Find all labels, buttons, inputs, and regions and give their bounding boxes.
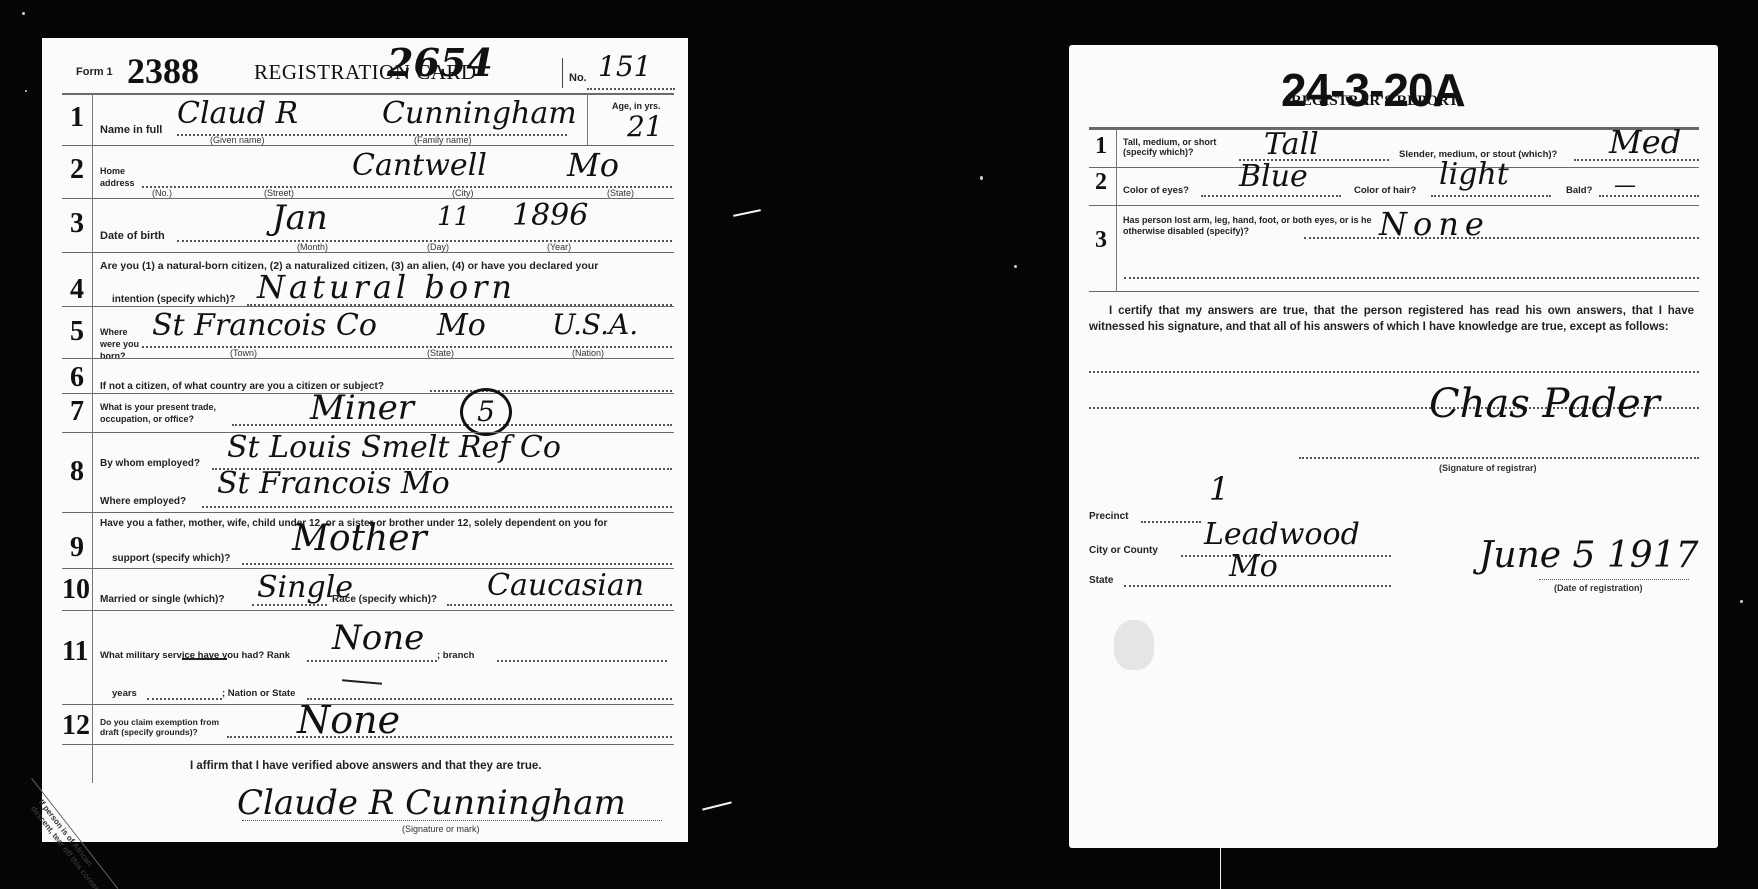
field-line [177,240,672,242]
no-value: 151 [598,50,651,83]
sublabel: (Year) [547,242,571,252]
film-speck [25,90,27,92]
birth-day: 11 [437,202,470,232]
build-value: Med [1609,123,1681,161]
dash-mark [182,658,227,660]
occupation-value: Miner [310,388,414,428]
affirmation-text: I affirm that I have verified above answ… [190,760,542,772]
field-number: 4 [70,274,84,306]
bald-value: — [1614,173,1636,198]
field-label-2: Color of hair? [1354,185,1416,197]
field-number: 2 [70,154,84,186]
field-number: 1 [1095,133,1107,160]
sublabel: (Day) [427,242,449,252]
dependent-value: Mother [292,518,427,559]
employment-place: St Francois Mo [217,466,450,501]
field-line [232,424,672,426]
row-rule [1089,167,1699,168]
field-label: What military service have you had? Rank [100,650,290,662]
sublabel: (Nation) [572,348,604,358]
film-speck [22,12,25,15]
no-line [587,88,675,90]
birthplace-state: Mo [437,308,486,343]
field-line [142,186,672,188]
row-rule [1089,291,1699,292]
nation-label: ; Nation or State [222,688,295,700]
field-number: 9 [70,532,84,564]
field-number: 10 [62,574,90,606]
field-line [242,563,672,565]
field-line [147,698,222,700]
name-given: Claud R [177,96,298,131]
birthplace-town: St Francois Co [152,308,377,343]
name-family: Cunningham [382,96,577,131]
city-label: City or County [1089,545,1158,557]
precinct-label: Precinct [1089,511,1128,523]
field-label: Date of birth [100,230,165,242]
sublabel: (Family name) [414,135,472,145]
field-label: Where were you born? [100,326,150,362]
film-speck [980,176,983,180]
row-rule [62,252,674,253]
field-number: 7 [70,396,84,428]
address-state: Mo [567,146,619,184]
date-line [1539,579,1689,580]
stamp-number: 2654 [387,40,493,85]
number-column-line [1116,130,1117,292]
field-label: What is your present trade, occupation, … [100,401,225,425]
field-number: 3 [70,208,84,240]
faded-stamp [1114,620,1154,670]
field-number: 2 [1095,169,1107,196]
top-rule [1089,127,1699,130]
field-label-2: support (specify which)? [112,553,230,565]
field-label: Do you claim exemption from draft (speci… [100,717,220,737]
field-number: 6 [70,362,84,394]
field-line [1124,585,1391,587]
field-label: Tall, medium, or short (specify which)? [1123,137,1228,157]
registrar-signature: Chas Pader [1429,381,1660,427]
dash-mark [342,679,382,684]
registrar-caption: (Signature of registrar) [1439,463,1537,473]
row-rule [62,512,674,513]
birth-month: Jan [272,198,328,238]
field-number: 11 [62,636,88,668]
age-value: 21 [627,110,663,143]
sublabel: (City) [452,188,474,198]
state-label: State [1089,575,1113,587]
corner-note: If person is of African descent, tear of… [28,798,111,889]
form-label: Form 1 [76,66,113,78]
field-line [447,604,672,606]
sublabel: (Street) [264,188,294,198]
no-divider [562,58,563,88]
field-label: Married or single (which)? [100,594,224,606]
field-line [1124,277,1699,279]
field-label-2: Race (specify which)? [332,594,437,606]
state-value: Mo [1229,549,1278,584]
military-rank-value: None [332,618,424,658]
address-city: Cantwell [352,148,487,183]
field-label-3: Bald? [1566,185,1592,197]
eye-color-value: Blue [1239,159,1308,194]
field-label: By whom employed? [100,458,200,470]
field-number: 1 [70,102,84,134]
certification-text: I certify that my answers are true, that… [1089,303,1694,335]
field-number: 8 [70,456,84,488]
birthplace-nation: U.S.A. [552,308,638,341]
field-label: Name in full [100,124,162,136]
sublabel: (State) [427,348,454,358]
row-rule [62,744,674,745]
registrant-signature: Claude R Cunningham [237,783,626,823]
film-scratch [1220,848,1221,889]
field-label-2: intention (specify which)? [112,294,235,306]
film-speck [1014,265,1017,268]
row-rule [62,358,674,359]
signature-line [242,820,662,821]
date-caption: (Date of registration) [1554,583,1643,593]
row-rule [62,610,674,611]
field-line [497,660,667,662]
employer-value: St Louis Smelt Ref Co [227,430,561,465]
no-label: No. [569,72,587,84]
circled-mark: 5 [460,388,512,436]
field-label: Home address [100,165,140,189]
branch-label: ; branch [437,650,474,662]
field-line [202,506,672,508]
registration-card: Form 1 2388 REGISTRATION CARD 2654 No. 1… [42,38,688,842]
sublabel: (Town) [230,348,257,358]
field-line [430,390,672,392]
field-line [1431,195,1551,197]
field-line [1304,237,1699,239]
field-line [1201,195,1341,197]
birth-year: 1896 [512,198,588,233]
field-label: Has person lost arm, leg, hand, foot, or… [1123,215,1373,237]
hair-color-value: light [1439,157,1509,192]
tear-off-line [31,778,118,889]
field-label: Color of eyes? [1123,185,1189,197]
exemption-value: None [297,698,400,742]
film-speck [1740,600,1743,603]
field-label-2: Where employed? [100,496,186,508]
report-title: REGISTRAR'S REPORT [1291,93,1458,110]
sublabel: (Given name) [210,135,265,145]
precinct-value: 1 [1209,470,1229,508]
film-scratch [733,209,761,217]
height-value: Tall [1264,127,1319,162]
field-number: 12 [62,710,90,742]
signature-line [1299,457,1699,459]
top-rule [62,93,674,95]
field-number: 5 [70,316,84,348]
city-value: Leadwood [1204,517,1360,552]
sublabel: (State) [607,188,634,198]
race-value: Caucasian [487,568,644,603]
row-rule [62,306,674,307]
exception-line [1089,371,1699,373]
registrars-report-card: 24-3-20A REGISTRAR'S REPORT 1 Tall, medi… [1069,45,1718,848]
signature-caption: (Signature or mark) [402,824,480,834]
sublabel: (No.) [152,188,172,198]
field-line [1141,521,1201,523]
sublabel: (Month) [297,242,328,252]
field-line [1181,555,1391,557]
disability-value: None [1379,205,1490,243]
age-divider [587,93,588,145]
film-scratch [702,801,732,810]
years-label: years [112,688,137,700]
field-line [227,736,672,738]
field-number: 3 [1095,227,1107,254]
citizenship-value: Natural born [257,268,516,306]
field-line [307,660,437,662]
serial-number: 2388 [127,50,199,92]
registration-date: June 5 1917 [1479,535,1699,576]
number-column-line [92,93,93,783]
